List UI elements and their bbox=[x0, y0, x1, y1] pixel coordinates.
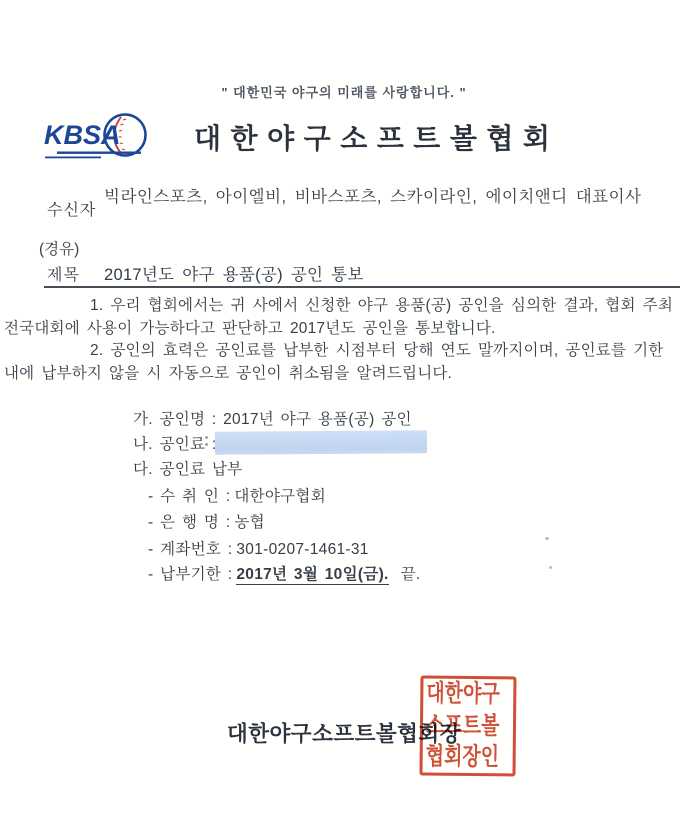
account-number: 301-0207-1461-31 bbox=[236, 541, 368, 558]
deadline-date: 2017년 3월 10일(금). bbox=[236, 566, 388, 585]
item-fee-payment: 다. 공인료 납부 bbox=[133, 457, 242, 479]
seal-row-2: 소프트볼 bbox=[426, 708, 510, 743]
kbsa-logo: KBSA bbox=[43, 110, 155, 164]
slogan-text: " 대한민국 야구의 미래를 사랑합니다. " bbox=[0, 82, 688, 101]
payment-row-payee: - 수 취 인 :대한야구협회 bbox=[148, 484, 326, 506]
deadline-label: - 납부기한 : bbox=[148, 566, 232, 583]
kbsa-logo-text: KBSA bbox=[44, 120, 121, 150]
account-label: - 계좌번호 : bbox=[148, 541, 232, 558]
kbsa-logo-graphic: KBSA bbox=[43, 110, 155, 164]
redacted-fee-value bbox=[215, 430, 427, 454]
item-approval-fee: 나. 공인료 : bbox=[133, 432, 217, 454]
bank-value: 농협 bbox=[234, 514, 265, 531]
payee-label: - 수 취 인 : bbox=[148, 488, 230, 505]
payment-row-account: - 계좌번호 :301-0207-1461-31 bbox=[148, 537, 369, 559]
header-divider bbox=[44, 286, 680, 288]
recipient-value: 빅라인스포츠, 아이엘비, 비바스포츠, 스카이라인, 에이치앤디 대표이사 bbox=[104, 182, 680, 213]
seal-row-1: 대한야구 bbox=[426, 677, 510, 712]
bank-label: - 은 행 명 : bbox=[148, 514, 230, 531]
scan-artifact bbox=[549, 566, 552, 569]
subject-value: 2017년도 야구 용품(공) 공인 통보 bbox=[104, 261, 364, 285]
scan-artifact bbox=[545, 537, 549, 540]
item-approval-name: 가. 공인명 : 2017년 야구 용품(공) 공인 bbox=[133, 407, 412, 429]
body-paragraph-1: 1. 우리 협회에서는 귀 사에서 신청한 야구 용품(공) 공인을 심의한 결… bbox=[4, 295, 685, 340]
scan-artifact bbox=[205, 443, 208, 446]
payment-row-deadline: - 납부기한 :2017년 3월 10일(금).끝. bbox=[148, 562, 421, 584]
scan-artifact bbox=[205, 436, 208, 439]
body-paragraph-2: 2. 공인의 효력은 공인료를 납부한 시점부터 당해 연도 말까지이며, 공인… bbox=[4, 340, 685, 385]
payment-row-bank: - 은 행 명 :농협 bbox=[148, 510, 265, 532]
body-text: 1. 우리 협회에서는 귀 사에서 신청한 야구 용품(공) 공인을 심의한 결… bbox=[4, 295, 685, 385]
scanned-official-letter: " 대한민국 야구의 미래를 사랑합니다. " KBSA 대한야구소프트볼협회 … bbox=[0, 0, 688, 824]
logo-speedline-top bbox=[57, 152, 141, 154]
subject-label: 제목 bbox=[47, 262, 80, 285]
recipient-label: 수신자 bbox=[47, 197, 96, 220]
logo-speedline-bottom bbox=[45, 157, 101, 159]
payee-value: 대한야구협회 bbox=[234, 488, 326, 505]
end-mark: 끝. bbox=[401, 566, 421, 583]
via-label: (경유) bbox=[39, 237, 79, 259]
official-seal-stamp: 대한야구 소프트볼 협회장인 bbox=[419, 676, 516, 777]
seal-row-3: 협회장인 bbox=[425, 740, 509, 775]
org-title: 대한야구소프트볼협회 bbox=[194, 117, 559, 157]
